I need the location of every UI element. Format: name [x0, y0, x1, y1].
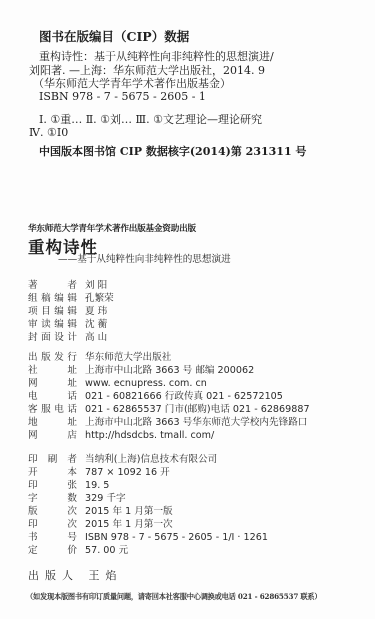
printing-label: 字 数 — [28, 493, 77, 505]
printing-value: ISBN 978 - 7 - 5675 - 2605 - 1/I · 1261 — [85, 532, 268, 544]
printing-value: 2015 年 1 月第一版 — [85, 506, 173, 518]
publisher-value: 华东师范大学出版社 — [85, 352, 171, 364]
credit-label: 项目编辑 — [28, 306, 77, 318]
credit-label: 审读编辑 — [28, 319, 77, 331]
cip-number: 中国版本图书馆 CIP 数据核字(2014)第 231311 号 — [39, 145, 306, 158]
printing-row-printer: 印 刷 者当纳利(上海)信息技术有限公司 — [28, 454, 217, 466]
printing-value: 当纳利(上海)信息技术有限公司 — [85, 454, 217, 466]
credit-value: 刘 阳 — [85, 280, 107, 292]
printing-label: 定 价 — [28, 545, 77, 557]
credit-row-acquisitions-editor: 组稿编辑孔繁荣 — [28, 293, 114, 305]
printing-value: 57. 00 元 — [85, 545, 128, 557]
printing-label: 开 本 — [28, 467, 77, 479]
printing-row-sheets: 印 张19. 5 — [28, 480, 109, 492]
printing-label: 版 次 — [28, 506, 77, 518]
cip-title-line: 重构诗性：基于从纯粹性向非纯粹性的思想演进/ — [39, 50, 274, 63]
publisher-label: 出版发行 — [28, 352, 77, 364]
publisher-label: 电 话 — [28, 391, 77, 403]
printing-label: 书 号 — [28, 532, 77, 544]
cip-author-line: 刘阳著. —上海：华东师范大学出版社，2014. 9 — [29, 64, 265, 77]
credit-value: 沈 蘅 — [85, 319, 107, 331]
publisher-row-customer-service: 客服电话021 - 62865537 门市(邮购)电话 021 - 628698… — [28, 404, 310, 416]
publisher-value: 021 - 60821666 行政传真 021 - 62572105 — [85, 391, 283, 403]
credit-value: 高 山 — [85, 332, 107, 344]
cip-classification-1: Ⅰ. ①重… Ⅱ. ①刘… Ⅲ. ①文艺理论—理论研究 — [39, 113, 262, 126]
quality-notice: （如发现本版图书有印订质量问题，请寄回本社客服中心调换或电话 021 - 628… — [26, 592, 321, 602]
publisher-row-location: 地 址上海市中山北路 3663 号华东师范大学校内先锋路口 — [28, 417, 307, 429]
printing-label: 印 刷 者 — [28, 454, 77, 466]
credit-row-project-editor: 项目编辑夏 玮 — [28, 306, 107, 318]
cip-isbn-line: ISBN 978 - 7 - 5675 - 2605 - 1 — [39, 90, 206, 103]
publisher-label: 网 址 — [28, 378, 77, 390]
credit-label: 封面设计 — [28, 332, 77, 344]
credit-value: 夏 玮 — [85, 306, 107, 318]
publisher-person: 出版人 王焰 — [28, 567, 123, 583]
publisher-value: 021 - 62865537 门市(邮购)电话 021 - 62869887 — [85, 404, 310, 416]
credit-row-review-editor: 审读编辑沈 蘅 — [28, 319, 107, 331]
publisher-label: 网 店 — [28, 430, 77, 442]
publisher-row-online-store: 网 店http://hdsdcbs. tmall. com/ — [28, 430, 214, 442]
printing-label: 印 次 — [28, 519, 77, 531]
publisher-value: 上海市中山北路 3663 号 邮编 200062 — [85, 365, 254, 377]
publisher-label: 社 址 — [28, 365, 77, 377]
printing-row-word-count: 字 数329 千字 — [28, 493, 126, 505]
cip-heading: 图书在版编目（CIP）数据 — [39, 27, 189, 45]
printing-value: 2015 年 1 月第一次 — [85, 519, 173, 531]
printing-value: 19. 5 — [85, 480, 109, 492]
publisher-value: 上海市中山北路 3663 号华东师范大学校内先锋路口 — [85, 417, 307, 429]
book-subtitle: ——基于从纯粹性向非纯粹性的思想演进 — [58, 251, 231, 265]
cip-series-line: （华东师范大学青年学术著作出版基金） — [33, 77, 231, 90]
credit-label: 组稿编辑 — [28, 293, 77, 305]
publisher-label: 客服电话 — [28, 404, 77, 416]
publisher-value: www. ecnupress. com. cn — [85, 378, 207, 390]
cip-classification-2: Ⅳ. ①I0 — [29, 126, 68, 139]
printing-value: 787 × 1092 16 开 — [85, 467, 170, 479]
publisher-row-publisher: 出版发行华东师范大学出版社 — [28, 352, 171, 364]
printing-label: 印 张 — [28, 480, 77, 492]
credit-row-author: 著 者刘 阳 — [28, 280, 107, 292]
publisher-row-website: 网 址www. ecnupress. com. cn — [28, 378, 207, 390]
credit-value: 孔繁荣 — [85, 293, 114, 305]
credit-label: 著 者 — [28, 280, 77, 292]
publisher-label: 地 址 — [28, 417, 77, 429]
credit-row-cover-design: 封面设计高 山 — [28, 332, 107, 344]
printing-row-price: 定 价57. 00 元 — [28, 545, 128, 557]
printing-row-format: 开 本787 × 1092 16 开 — [28, 467, 170, 479]
series-name: 华东师范大学青年学术著作出版基金资助出版 — [28, 222, 196, 234]
printing-row-edition: 版 次2015 年 1 月第一版 — [28, 506, 173, 518]
printing-value: 329 千字 — [85, 493, 126, 505]
printing-row-isbn: 书 号ISBN 978 - 7 - 5675 - 2605 - 1/I · 12… — [28, 532, 268, 544]
publisher-row-phone: 电 话021 - 60821666 行政传真 021 - 62572105 — [28, 391, 283, 403]
publisher-row-address: 社 址上海市中山北路 3663 号 邮编 200062 — [28, 365, 254, 377]
publisher-value: http://hdsdcbs. tmall. com/ — [85, 430, 214, 442]
printing-row-impression: 印 次2015 年 1 月第一次 — [28, 519, 173, 531]
